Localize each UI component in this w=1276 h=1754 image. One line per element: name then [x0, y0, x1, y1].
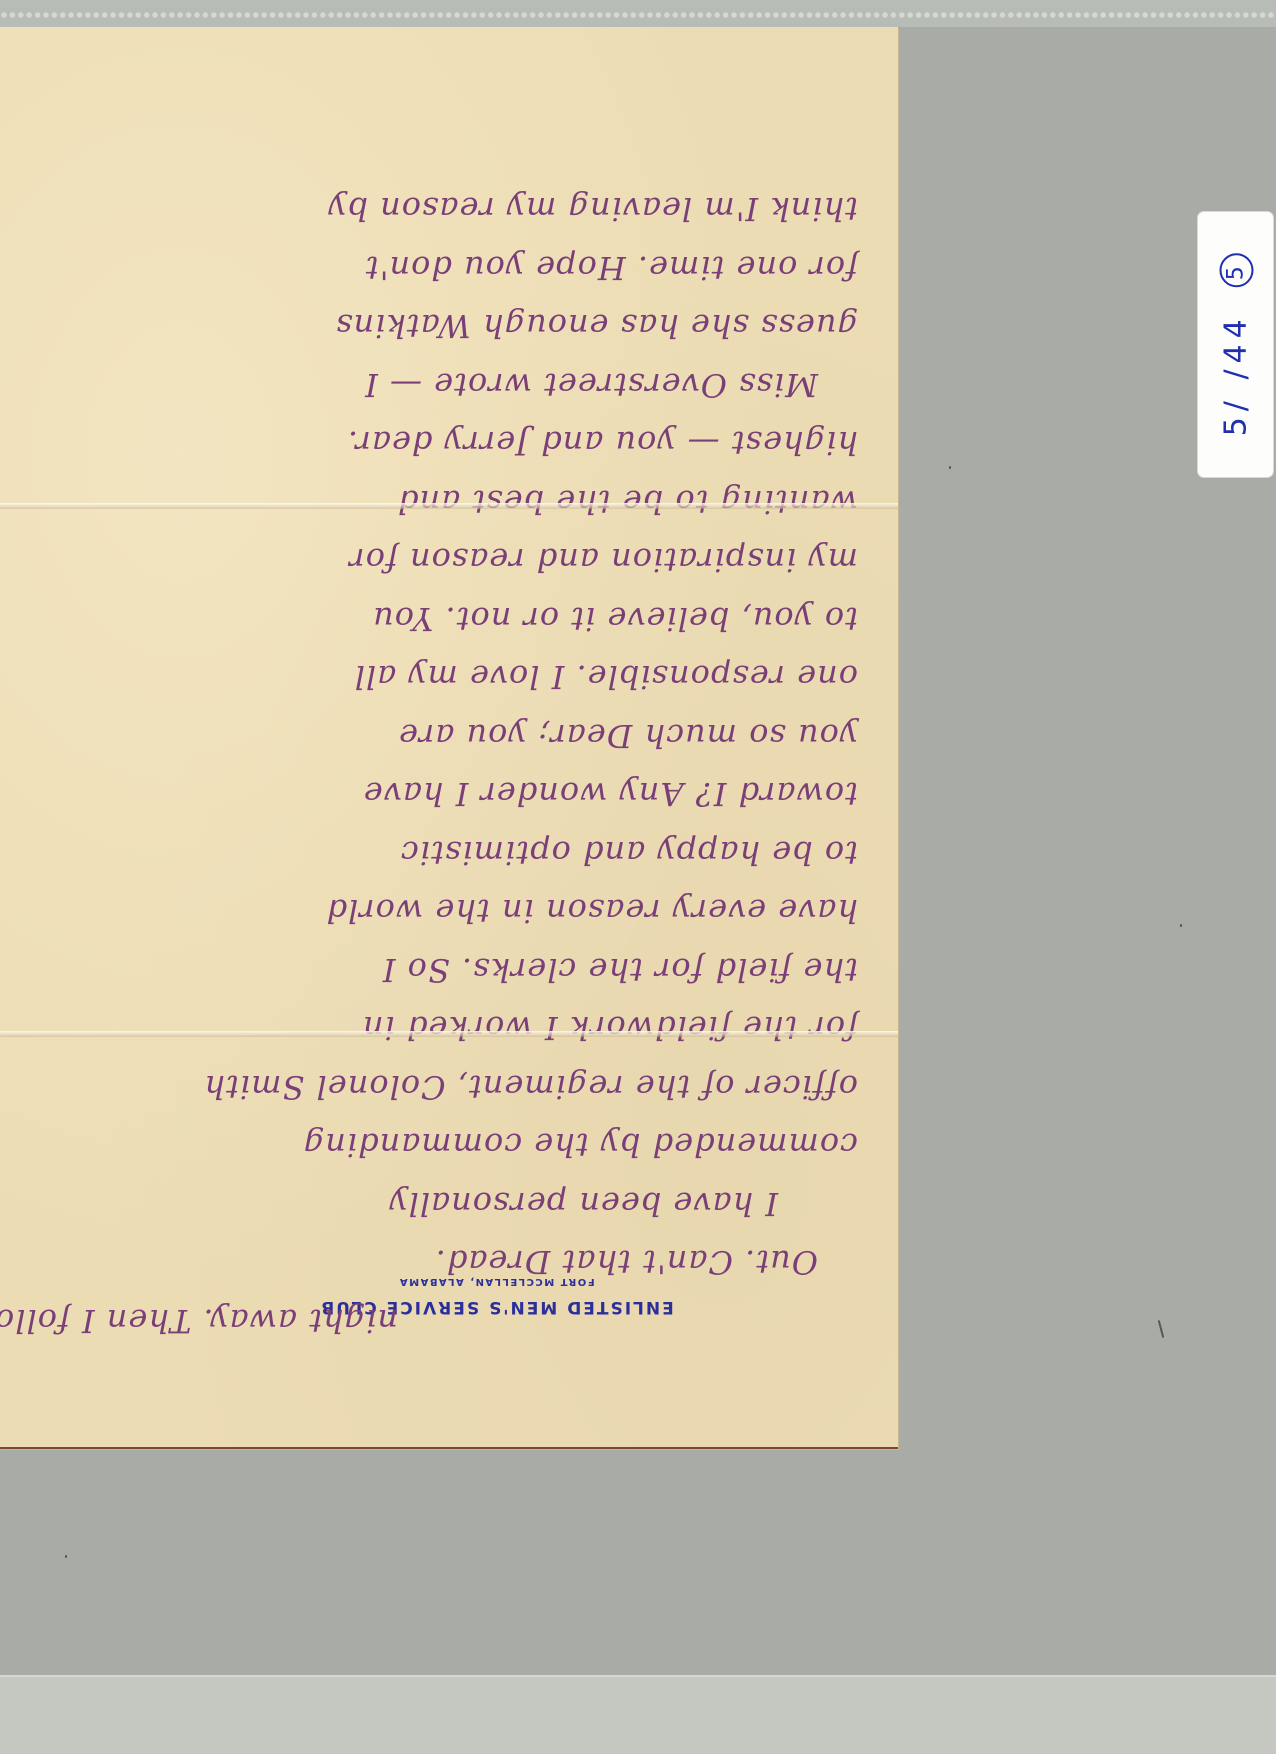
dust-speck	[1158, 1320, 1165, 1338]
handwriting-line: for the fieldwork I worked in	[18, 999, 858, 1058]
handwriting-line: think I'm leaving my reason by	[18, 180, 858, 239]
date-label-card: 5/ /44 5	[1198, 212, 1273, 477]
handwriting-line: to you, believe it or not. You	[18, 590, 858, 649]
handwriting-line: for one time. Hope you don't	[18, 239, 858, 298]
dust-speck	[949, 466, 951, 469]
handwriting-line: guess she has enough Watkins	[18, 297, 858, 356]
archival-sleeve-top-edge	[0, 0, 1276, 27]
handwriting-line: wanting to be the best and	[18, 473, 858, 532]
handwritten-body: night away. Then I follow him Out. Can't…	[18, 180, 858, 1262]
handwriting-line: commended by the commanding	[18, 1116, 858, 1175]
paper-fold-line	[0, 503, 898, 509]
letter-page: ENLISTED MEN'S SERVICE CLUB FORT MCCLELL…	[0, 27, 898, 1449]
handwriting-line: night away. Then I follow him	[18, 1292, 858, 1351]
handwriting-line: to be happy and optimistic	[18, 824, 858, 883]
archival-sleeve-bottom-edge	[0, 1675, 1276, 1754]
letter-content-rotated: ENLISTED MEN'S SERVICE CLUB FORT MCCLELL…	[0, 27, 898, 1447]
label-date-text: 5/ /44 5	[1218, 253, 1253, 436]
handwriting-line: my inspiration and reason for	[18, 531, 858, 590]
paper-fold-line	[0, 1031, 898, 1037]
handwriting-line: officer of the regiment, Colonel Smith	[18, 1058, 858, 1117]
handwriting-line: toward I? Any wonder I have	[18, 765, 858, 824]
label-date: 5/ /44	[1218, 313, 1253, 436]
handwriting-line: Out. Can't that Dread.	[18, 1233, 858, 1292]
handwriting-line: Miss Overstreet wrote — I	[18, 356, 858, 415]
dust-speck	[1180, 924, 1182, 927]
dust-speck	[65, 1555, 67, 1558]
handwriting-line: the field for the clerks. So I	[18, 941, 858, 1000]
sleeve-perforations	[0, 11, 1276, 19]
handwriting-line: highest — you and Jerry dear.	[18, 414, 858, 473]
handwriting-line: have every reason in the world	[18, 882, 858, 941]
handwriting-line: I have been personally	[18, 1175, 858, 1234]
handwriting-line: you so much Dear; you are	[18, 707, 858, 766]
circled-number-icon: 5	[1219, 253, 1253, 287]
handwriting-line: one responsible. I love my all	[18, 648, 858, 707]
